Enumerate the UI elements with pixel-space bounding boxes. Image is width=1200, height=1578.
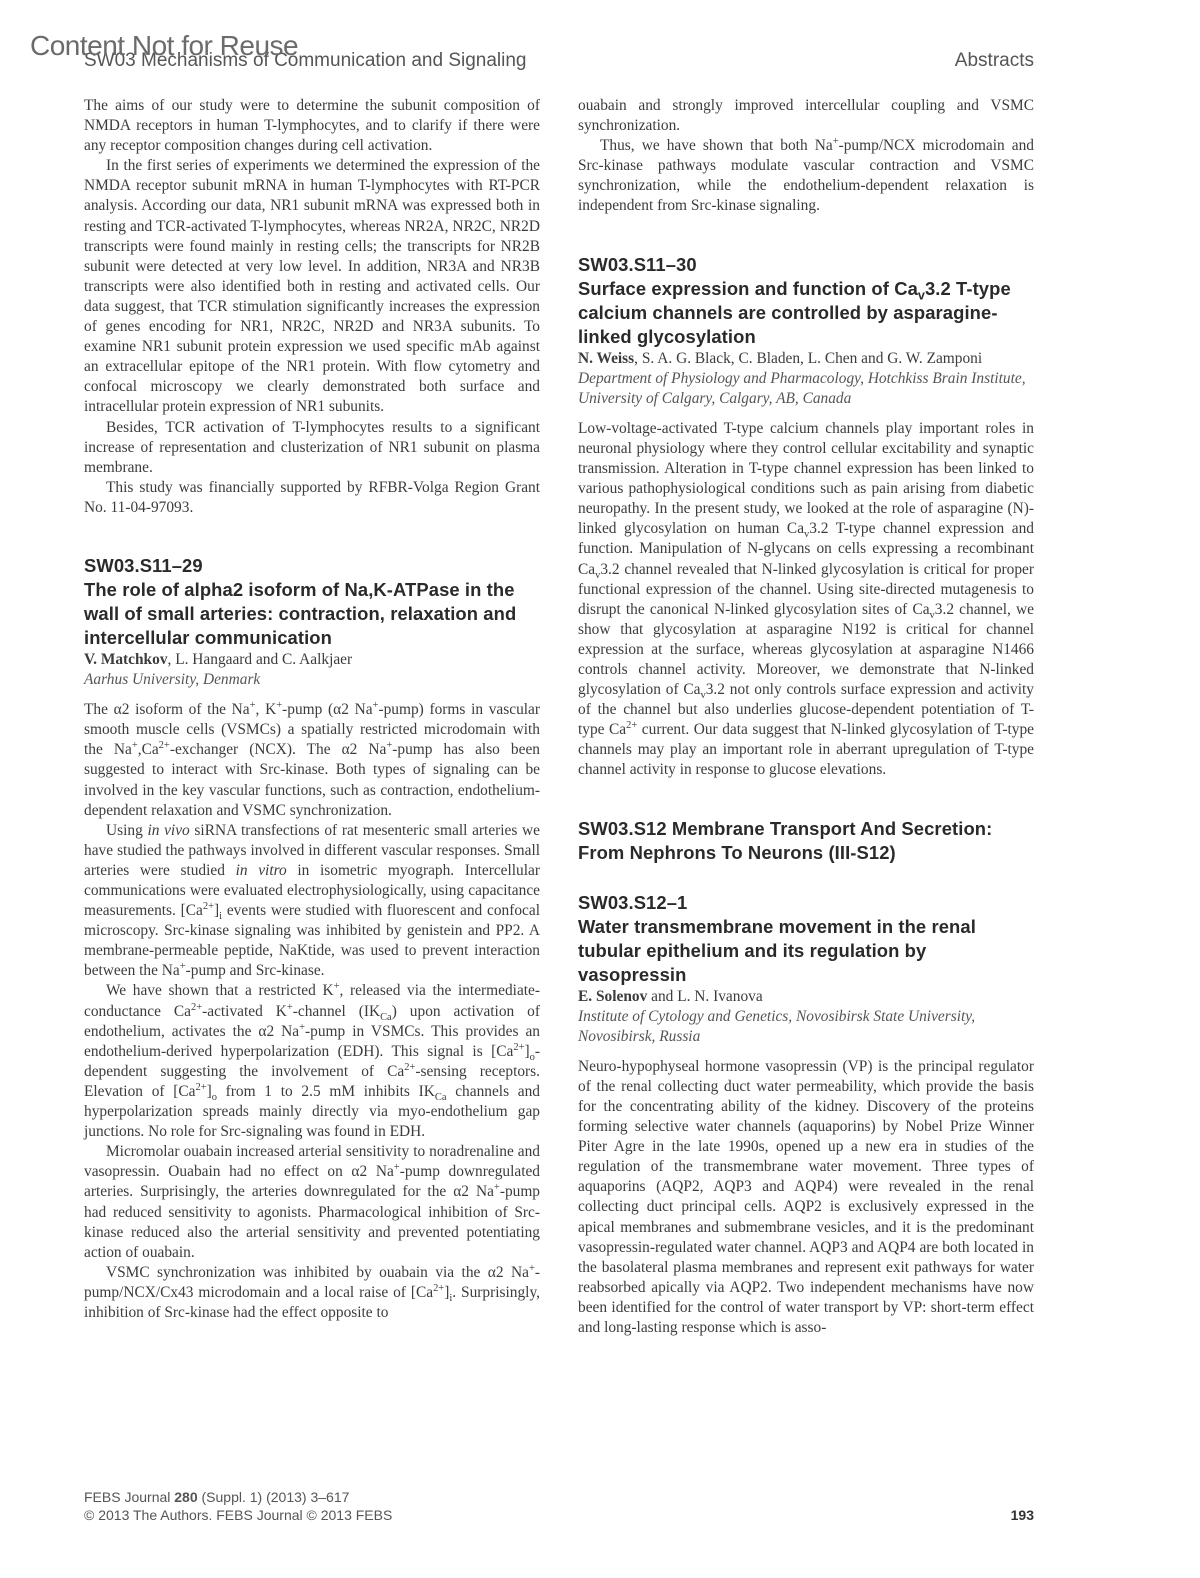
abstract-id: SW03.S11–29 [84, 554, 540, 578]
abstract-sw03-s11-29: SW03.S11–29 The role of alpha2 isoform o… [84, 554, 540, 1323]
abstracts-running-label: Abstracts [955, 50, 1034, 72]
paragraph: Using in vivo siRNA transfections of rat… [84, 821, 540, 982]
paragraph: We have shown that a restricted K+, rele… [84, 981, 540, 1142]
paragraph: VSMC synchronization was inhibited by ou… [84, 1263, 540, 1323]
copyright-line: © 2013 The Authors. FEBS Journal © 2013 … [84, 1506, 1034, 1524]
paragraph: Micromolar ouabain increased arterial se… [84, 1142, 540, 1263]
paragraph: The α2 isoform of the Na+, K+-pump (α2 N… [84, 700, 540, 821]
watermark: Content Not for Reuse [30, 30, 298, 62]
journal-volume: 280 [174, 1489, 197, 1505]
paragraph: ouabain and strongly improved intercellu… [578, 96, 1034, 136]
abstract-sw03-s12-1: SW03.S12–1 Water transmembrane movement … [578, 891, 1034, 1339]
paragraph: Neuro-hypophyseal hormone vasopressin (V… [578, 1057, 1034, 1338]
left-column: The aims of our study were to determine … [84, 96, 540, 1323]
paragraph: Low-voltage-activated T-type calcium cha… [578, 419, 1034, 781]
paragraph: Thus, we have shown that both Na+-pump/N… [578, 136, 1034, 216]
abstract-authors: E. Solenov and L. N. Ivanova [578, 987, 1034, 1007]
abstract-title: Water transmembrane movement in the rena… [578, 915, 1034, 987]
right-column: ouabain and strongly improved intercellu… [578, 96, 1034, 1338]
abstract-affiliation: Institute of Cytology and Genetics, Novo… [578, 1007, 1034, 1047]
abstract-title: The role of alpha2 isoform of Na,K-ATPas… [84, 578, 540, 650]
abstract-id: SW03.S11–30 [578, 253, 1034, 277]
paragraph: The aims of our study were to determine … [84, 96, 540, 156]
continued-abstract-body: The aims of our study were to determine … [84, 96, 540, 518]
paragraph: In the first series of experiments we de… [84, 156, 540, 417]
abstract-authors: N. Weiss, S. A. G. Black, C. Bladen, L. … [578, 349, 1034, 369]
paragraph: This study was financially supported by … [84, 478, 540, 518]
abstract-affiliation: Department of Physiology and Pharmacolog… [578, 369, 1034, 409]
paragraph: Besides, TCR activation of T-lymphocytes… [84, 418, 540, 478]
page-number: 193 [1011, 1506, 1034, 1524]
abstract-affiliation: Aarhus University, Denmark [84, 670, 540, 690]
abstract-title: Surface expression and function of Cav3.… [578, 277, 1034, 349]
abstract-id: SW03.S12–1 [578, 891, 1034, 915]
journal-issue-pages: (Suppl. 1) (2013) 3–617 [198, 1489, 350, 1505]
abstract-authors: V. Matchkov, L. Hangaard and C. Aalkjaer [84, 650, 540, 670]
journal-name: FEBS Journal [84, 1489, 174, 1505]
section-heading-s12: SW03.S12 Membrane Transport And Secretio… [578, 817, 1034, 865]
journal-citation: FEBS Journal 280 (Suppl. 1) (2013) 3–617 [84, 1488, 1034, 1506]
abstract-sw03-s11-30: SW03.S11–30 Surface expression and funct… [578, 253, 1034, 781]
page-footer: FEBS Journal 280 (Suppl. 1) (2013) 3–617… [84, 1488, 1034, 1524]
continued-abstract-29-body: ouabain and strongly improved intercellu… [578, 96, 1034, 217]
